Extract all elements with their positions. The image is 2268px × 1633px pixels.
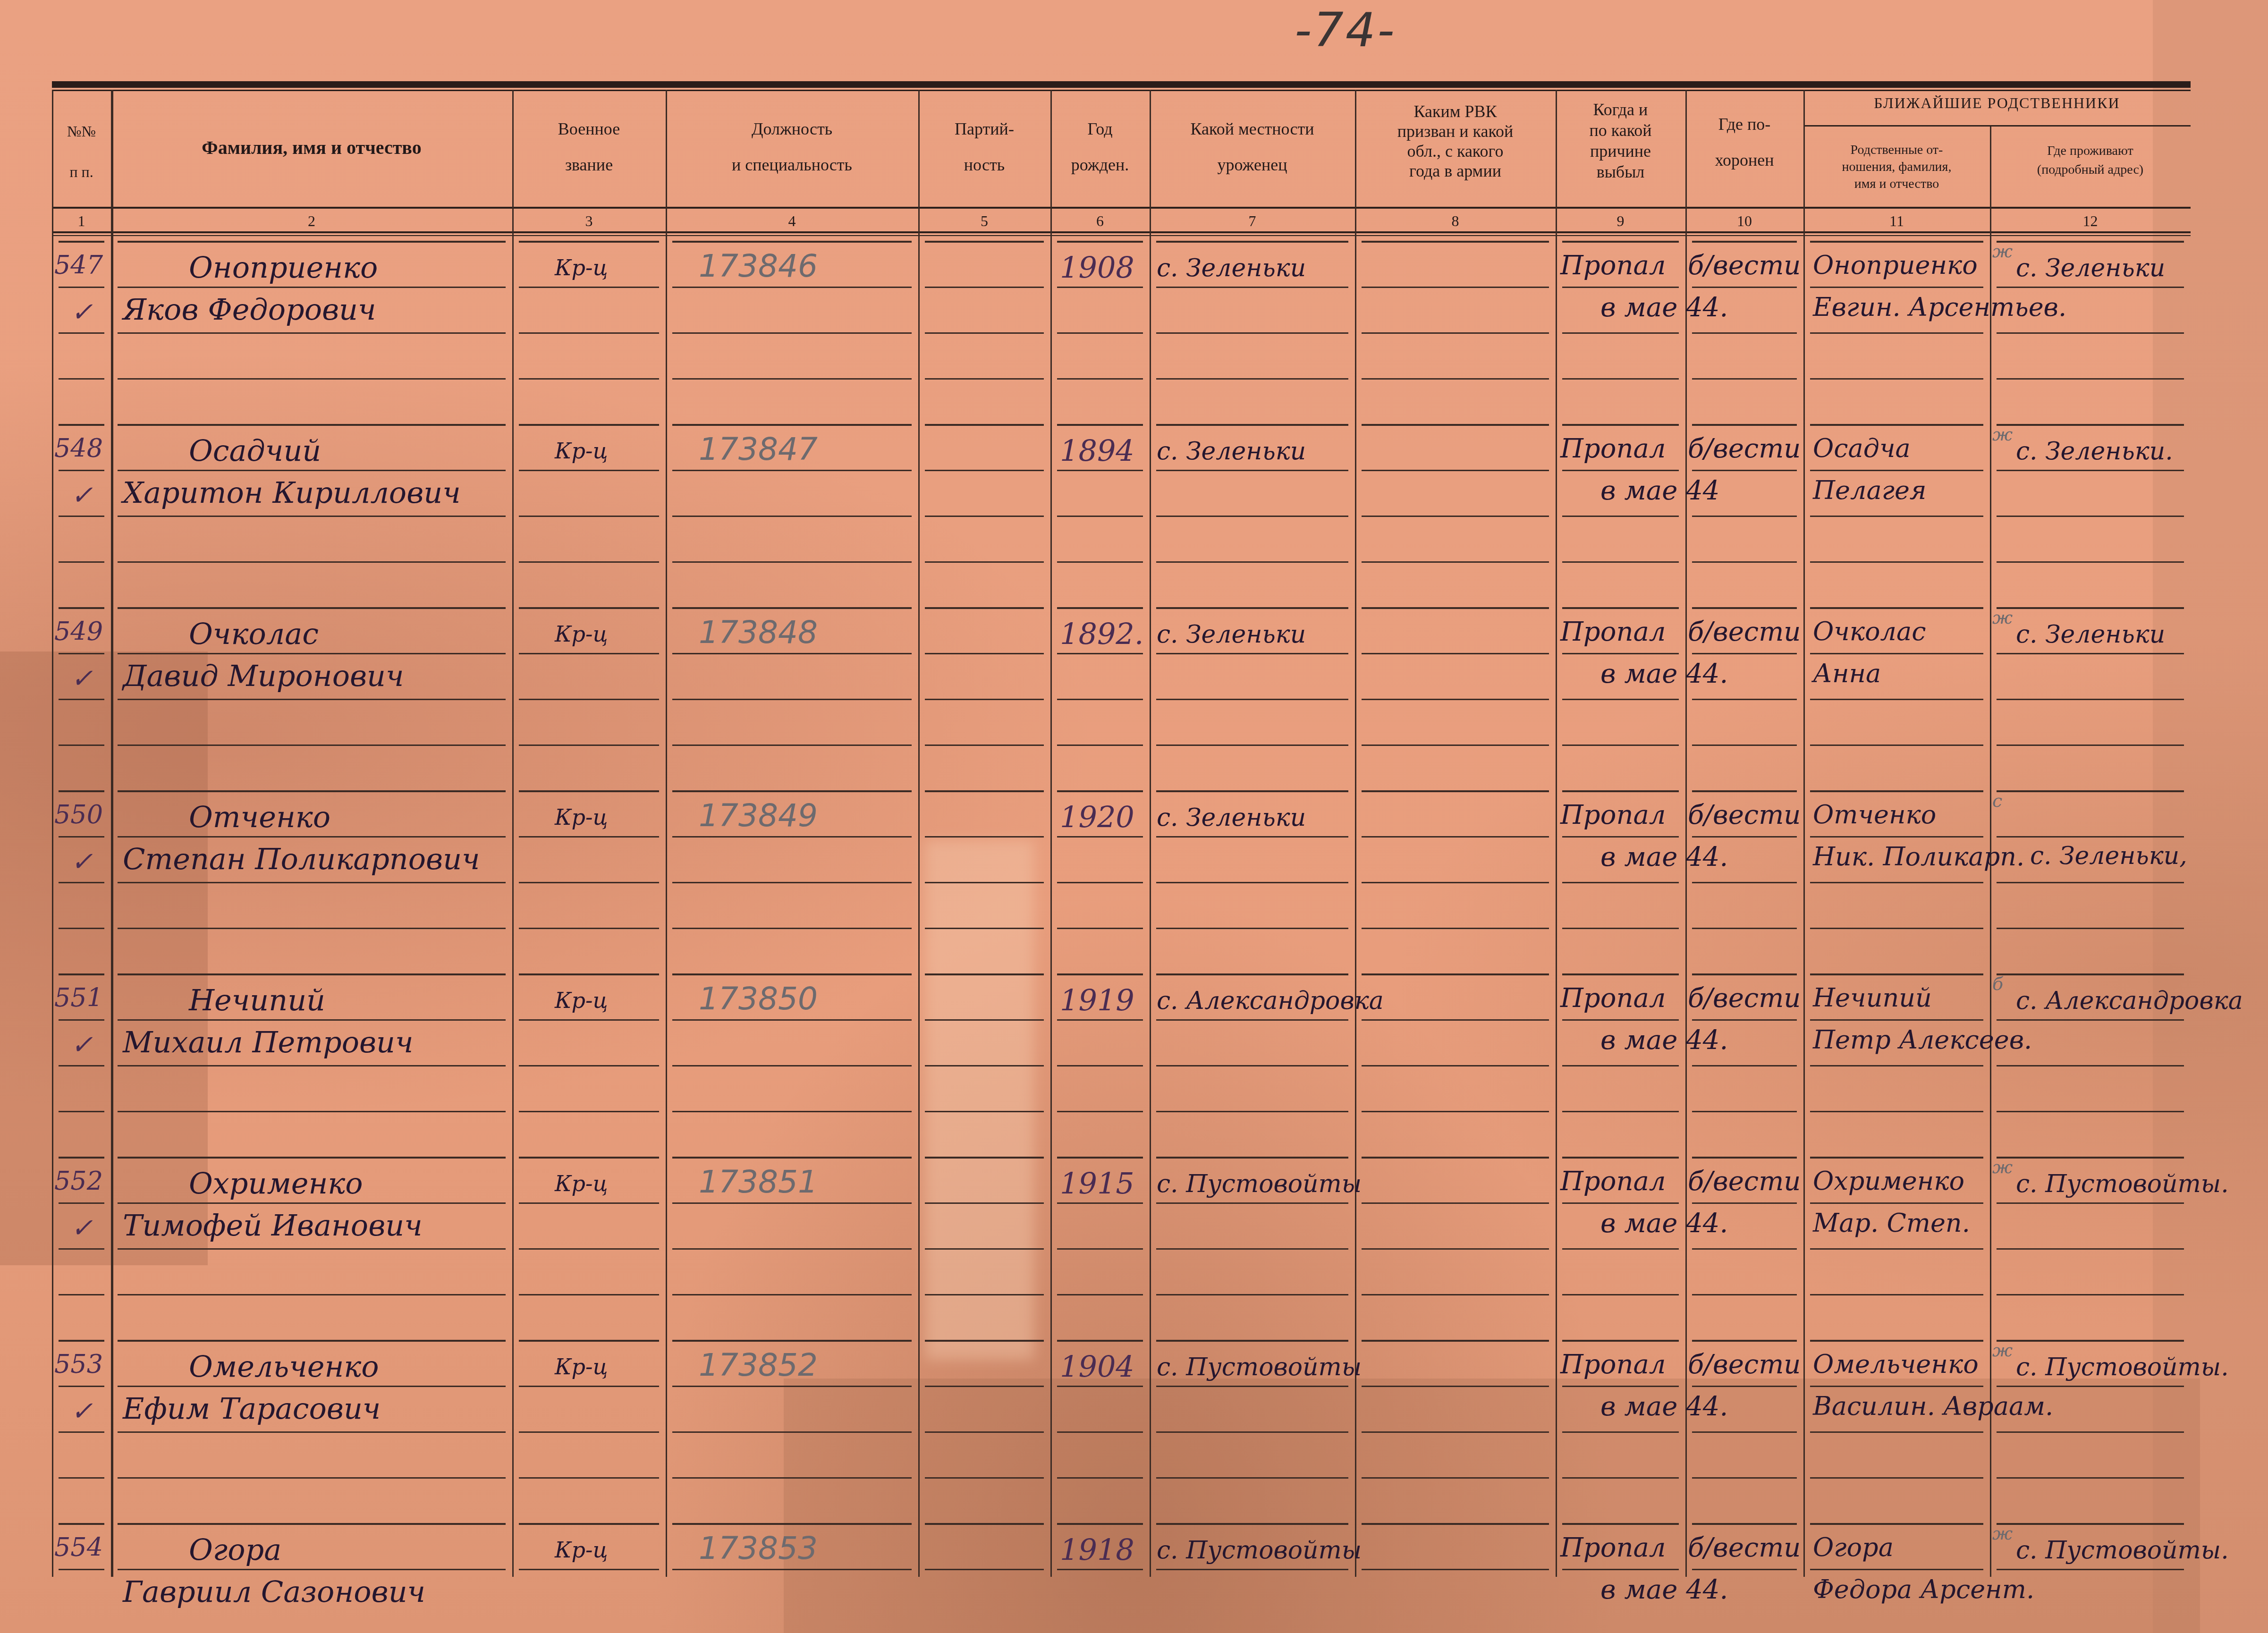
ruled-line [925,1569,1044,1570]
military-rank: Кр-ц [555,1354,608,1379]
ruled-line [672,470,912,471]
ruled-line [1156,516,1348,517]
ruled-line [1692,378,1797,380]
ruled-line [118,653,506,654]
ruled-line [118,1065,506,1066]
paper-fold-shadow [2153,0,2268,1633]
ruled-line [1562,1431,1679,1433]
ruled-line [925,882,1044,883]
header-text: Где проживают [1990,142,2191,161]
ruled-line [519,699,659,700]
ruled-line [1362,516,1549,517]
ruled-line [118,882,506,883]
header-text: звание [512,154,666,176]
ruled-line [59,1065,104,1066]
given-names: Степан Поликарпович [123,842,480,876]
given-names: Харитон Кириллович [123,475,461,510]
relative-name: Василин. Авраам. [1813,1391,2053,1421]
ruled-line [118,699,506,700]
ruled-line [1810,1477,1983,1479]
ruled-line [1562,1202,1679,1204]
ruled-line [1562,653,1679,654]
column-number: 8 [1355,212,1556,230]
ruled-line [1362,653,1549,654]
ruled-line [1810,561,1983,563]
ruled-line [1692,1294,1797,1295]
column-divider [1556,90,1557,1577]
birth-year: 1904 [1060,1349,1134,1384]
relation-mark: ж [1992,1157,2013,1177]
personal-number: 173851 [699,1164,818,1200]
ruled-line [1362,1294,1549,1295]
ruled-line [925,1340,1044,1342]
ruled-line [59,332,104,334]
ruled-line [672,1248,912,1250]
ruled-line [1057,1569,1143,1570]
ruled-line [1156,287,1348,288]
ruled-line [1562,1019,1679,1021]
ruled-line [1362,1202,1549,1204]
ruled-line [1997,332,2184,334]
ruled-line [118,1157,506,1159]
ruled-line [1156,1569,1348,1570]
ruled-line [1997,1340,2184,1342]
surname: Огора [189,1532,281,1567]
ruled-line [1362,332,1549,334]
ruled-line [519,745,659,746]
ruled-line [1692,1019,1797,1021]
ruled-line [925,561,1044,563]
ruled-line [1692,928,1797,929]
ruled-line [519,882,659,883]
column-number: 11 [1803,212,1990,230]
page-number: -74- [1275,2,1416,58]
header-col-8: Каким РВК призван и какой обл., с какого… [1355,102,1556,181]
relation-mark: ж [1992,241,2013,262]
disposition-date: в мае 44. [1600,292,1728,323]
ruled-line [1810,378,1983,380]
ruled-line [519,1065,659,1066]
relation-mark: ж [1992,424,2013,445]
header-col-1: №№ п п. [52,120,111,183]
ruled-line [672,1294,912,1295]
ruled-line [1562,1248,1679,1250]
header-text: Каким РВК [1355,102,1556,121]
ruled-line [1057,561,1143,563]
relative-address: с. Зеленьки. [2016,437,2173,465]
ruled-line [59,1294,104,1295]
ruled-line [1692,1386,1797,1387]
column-number: 3 [512,212,666,230]
ruled-line [1362,928,1549,929]
birth-year: 1892. [1060,617,1144,651]
header-text: Какой местности [1150,118,1355,140]
record-number: 554 [54,1532,103,1562]
ruled-line [1156,1019,1348,1021]
ruled-line [1562,1157,1679,1159]
ruled-line [59,1019,104,1021]
ruled-line [925,745,1044,746]
ruled-line [1362,1111,1549,1112]
ruled-line [1156,378,1348,380]
burial-place: б/вести [1688,250,1801,281]
ruled-line [1562,241,1679,243]
ruled-line [519,378,659,380]
ruled-line [59,1157,104,1159]
relative-address: с. Зеленьки [2016,620,2165,649]
ruled-line [1156,1248,1348,1250]
ruled-line [1156,928,1348,929]
ruled-line [1156,1294,1348,1295]
header-text: призван и какой [1355,121,1556,141]
relative-name: Анна [1813,659,1881,688]
ruled-line [118,745,506,746]
ruled-line [519,1202,659,1204]
ruled-line [1562,699,1679,700]
relation-mark: ж [1992,1340,2013,1361]
burial-place: б/вести [1688,617,1801,647]
ruled-line [1997,1386,2184,1387]
ruled-line [118,516,506,517]
ruled-line [672,1386,912,1387]
ruled-line [1156,653,1348,654]
relation-mark: ж [1992,607,2013,628]
ruled-line [59,1340,104,1342]
ruled-line [1362,241,1549,243]
ruled-line [1362,699,1549,700]
ruled-line [1562,1065,1679,1066]
ruled-line [1810,699,1983,700]
ruled-line [925,516,1044,517]
ruled-line [1562,1294,1679,1295]
birthplace: с. Александровка [1157,987,1384,1015]
ruled-line [1997,1477,2184,1479]
ruled-line [1997,1248,2184,1250]
header-group-relatives: БЛИЖАЙШИЕ РОДСТВЕННИКИ [1803,92,2191,114]
ruled-line [1692,287,1797,288]
header-text: года в армии [1355,161,1556,181]
ruled-line [925,1477,1044,1479]
ruled-line [1997,699,2184,700]
header-col-12: Где проживают (подробный адрес) [1990,142,2191,179]
ruled-line [925,424,1044,426]
column-number-rule [52,235,2191,236]
record-number: 549 [54,617,103,646]
ruled-line [1057,287,1143,288]
burial-place: б/вести [1688,800,1801,830]
ruled-line [1057,1340,1143,1342]
ruled-line [59,745,104,746]
header-text: выбыл [1556,161,1685,182]
ruled-line [1810,1202,1983,1204]
ruled-line [1057,470,1143,471]
header-text: (подробный адрес) [1990,161,2191,179]
ruled-line [59,973,104,975]
ruled-line [672,1477,912,1479]
ruled-line [1997,1065,2184,1066]
birth-year: 1894 [1060,433,1134,468]
ruled-line [1156,1065,1348,1066]
ruled-line [925,1019,1044,1021]
header-bottom-rule [52,207,2191,209]
ruled-line [519,287,659,288]
column-divider [111,90,113,1577]
ruled-line [1057,653,1143,654]
ruled-line [1057,1386,1143,1387]
relative-name: Пелагея [1813,475,1927,505]
ruled-line [672,1111,912,1112]
ruled-line [1997,1202,2184,1204]
ruled-line [118,287,506,288]
ruled-line [59,699,104,700]
ruled-line [925,1248,1044,1250]
ruled-line [1692,745,1797,746]
ruled-line [1997,745,2184,746]
ruled-line [672,836,912,838]
military-rank: Кр-ц [555,988,608,1013]
relation-mark: б [1992,973,2003,994]
ruled-line [925,699,1044,700]
record-number: 550 [54,800,103,829]
ruled-line [59,653,104,654]
relative-name: Федора Арсент. [1813,1574,2034,1604]
ruled-line [59,607,104,609]
ruled-line [1562,424,1679,426]
ruled-line [1362,607,1549,609]
ruled-line [672,241,912,243]
ruled-line [59,1523,104,1525]
column-number: 5 [918,212,1050,230]
ruled-line [118,378,506,380]
ruled-line [1156,699,1348,700]
ruled-line [1810,1111,1983,1112]
ruled-line [519,470,659,471]
ruled-line [519,973,659,975]
group-rule [1803,125,2191,127]
ruled-line [118,1477,506,1479]
ruled-line [925,241,1044,243]
birth-year: 1920 [1060,800,1134,834]
surname: Омельченко [189,1349,379,1384]
checkmark-icon: ✓ [71,1030,93,1060]
ruled-line [672,1569,912,1570]
ruled-line [1562,332,1679,334]
ruled-line [672,1431,912,1433]
ruled-line [59,470,104,471]
ruled-line [519,561,659,563]
ruled-line [1156,607,1348,609]
ruled-line [1057,1294,1143,1295]
ruled-line [1997,1019,2184,1021]
ruled-line [1156,1111,1348,1112]
ruled-line [59,561,104,563]
disposition: Пропал [1560,800,1666,830]
ruled-line [519,1157,659,1159]
ruled-line [1997,1111,2184,1112]
ruled-line [925,332,1044,334]
ruled-line [1997,1431,2184,1433]
ruled-line [519,928,659,929]
ruled-line [672,424,912,426]
header-col-2: Фамилия, имя и отчество [111,137,512,159]
ruled-line [1810,1340,1983,1342]
ruled-line [1562,745,1679,746]
ruled-line [1562,1340,1679,1342]
ruled-line [118,1386,506,1387]
birthplace: с. Пустовойты [1157,1170,1362,1198]
ruled-line [1810,516,1983,517]
relative-address: с. Пустовойты. [2016,1170,2229,1198]
ruled-line [1810,1569,1983,1570]
burial-place: б/вести [1688,433,1801,464]
ruled-line [1810,1386,1983,1387]
ruled-line [118,1019,506,1021]
ruled-line [1692,973,1797,975]
relative-surname: Огора [1813,1532,1894,1562]
military-rank: Кр-ц [555,438,608,464]
ruled-line [519,1340,659,1342]
ruled-line [59,1569,104,1570]
birthplace: с. Зеленьки [1157,620,1306,649]
ruled-line [519,424,659,426]
ruled-line [59,1477,104,1479]
ruled-line [1362,378,1549,380]
ruled-line [925,1386,1044,1387]
disposition-date: в мае 44. [1600,1208,1728,1239]
ruled-line [1692,241,1797,243]
ruled-line [1057,1065,1143,1066]
ruled-line [672,653,912,654]
ruled-line [1156,1340,1348,1342]
disposition-date: в мае 44. [1600,1025,1728,1056]
ruled-line [118,1294,506,1295]
ruled-line [925,1202,1044,1204]
column-number-rule [52,231,2191,233]
ruled-line [519,1294,659,1295]
ruled-line [1057,607,1143,609]
military-rank: Кр-ц [555,1171,608,1196]
ruled-line [1692,836,1797,838]
ruled-line [1692,1523,1797,1525]
ruled-line [1810,745,1983,746]
disposition-date: в мае 44. [1600,1574,1728,1605]
ruled-line [1692,1157,1797,1159]
ruled-line [519,332,659,334]
ruled-line [1562,973,1679,975]
ruled-line [1692,424,1797,426]
ruled-line [1156,1157,1348,1159]
military-rank: Кр-ц [555,1537,608,1563]
ruled-line [59,790,104,792]
ruled-line [1810,1065,1983,1066]
ruled-line [1156,790,1348,792]
header-col-7: Какой местности уроженец [1150,118,1355,176]
surname: Осадчий [189,433,321,468]
column-divider [512,90,514,1577]
military-rank: Кр-ц [555,255,608,280]
ruled-line [925,928,1044,929]
header-top-rule [52,90,2191,91]
ruled-line [1997,836,2184,838]
header-col-6: Год рожден. [1050,118,1150,176]
ruled-line [1362,790,1549,792]
ruled-line [672,1202,912,1204]
ruled-line [1562,378,1679,380]
ruled-line [59,882,104,883]
ruled-line [1362,745,1549,746]
ruled-line [118,241,506,243]
ruled-line [118,836,506,838]
header-text: рожден. [1050,154,1150,176]
ruled-line [519,1019,659,1021]
disposition: Пропал [1560,1166,1666,1197]
ruled-line [672,607,912,609]
ruled-line [1156,1523,1348,1525]
checkmark-icon: ✓ [71,1396,93,1427]
ruled-line [1997,1157,2184,1159]
relative-address: с. Зеленьки [2016,254,2165,282]
relative-surname: Нечипий [1813,983,1932,1013]
ruled-line [1362,1569,1549,1570]
ruled-line [118,1202,506,1204]
column-number: 4 [666,212,918,230]
disposition: Пропал [1560,1349,1666,1380]
ruled-line [519,1386,659,1387]
ruled-line [118,1340,506,1342]
ruled-line [672,561,912,563]
ruled-line [1692,1477,1797,1479]
birth-year: 1915 [1060,1166,1134,1201]
ruled-line [1562,470,1679,471]
relative-surname: Осадча [1813,433,1911,463]
given-names: Гавриил Сазонович [123,1574,425,1609]
header-text: Родственные от- [1803,142,1990,159]
checkmark-icon: ✓ [71,663,93,694]
ruled-line [1362,561,1549,563]
ruled-line [118,973,506,975]
ruled-line [1057,378,1143,380]
given-names: Яков Федорович [123,292,376,327]
ruled-line [672,1157,912,1159]
burial-place: б/вести [1688,1532,1801,1563]
ruled-line [519,1248,659,1250]
ruled-line [1810,928,1983,929]
ruled-line [59,241,104,243]
given-names: Давид Миронович [123,659,404,693]
ruled-line [1562,287,1679,288]
column-divider [666,90,667,1577]
ruled-line [118,607,506,609]
given-names: Тимофей Иванович [123,1208,423,1243]
ruled-line [118,1569,506,1570]
ruled-line [118,424,506,426]
ruled-line [59,928,104,929]
ruled-line [1362,470,1549,471]
ruled-line [1057,1248,1143,1250]
personal-number: 173848 [699,614,818,651]
ruled-line [1810,1294,1983,1295]
ruled-line [1362,1065,1549,1066]
surname: Оноприенко [189,250,378,285]
ruled-line [1057,836,1143,838]
ruled-line [1997,470,2184,471]
ruled-line [1997,516,2184,517]
column-number: 10 [1685,212,1803,230]
ruled-line [519,1477,659,1479]
ruled-line [1692,332,1797,334]
water-stain [925,840,1034,1360]
header-text: уроженец [1150,154,1355,176]
